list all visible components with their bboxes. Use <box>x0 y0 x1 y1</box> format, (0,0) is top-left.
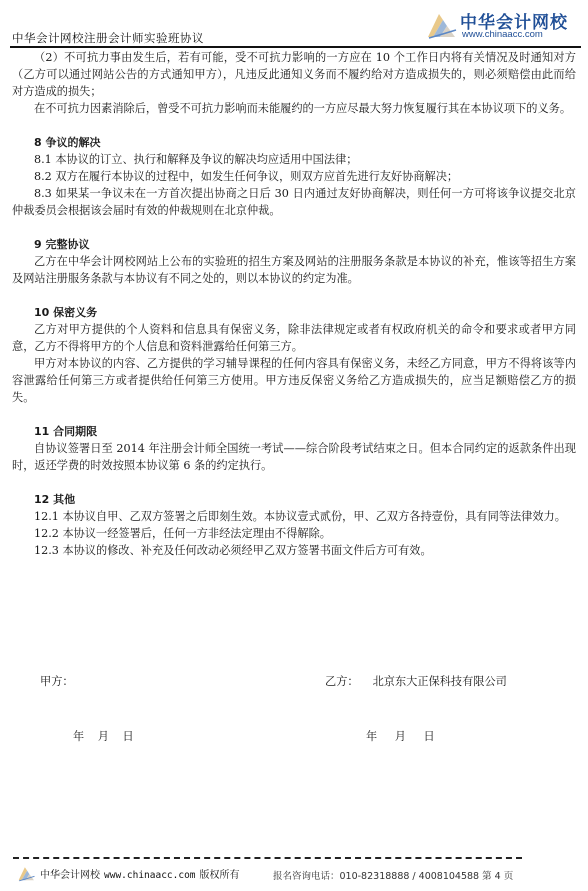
party-b-name: 北京东大正保科技有限公司 <box>373 675 507 688</box>
logo-url-text: www.chinaacc.com <box>462 29 543 40</box>
page-footer: 中华会计网校www.chinaacc.com版权所有 报名咨询电话：010-82… <box>0 862 588 891</box>
party-b-label: 乙方： <box>325 675 359 688</box>
footer-brand: 中华会计网校 <box>40 870 100 881</box>
section-8-title: 8 争议的解决 <box>12 134 576 151</box>
clause-8-3: 8.3 如果某一争议未在一方首次提出协商之日后 30 日内通过友好协商解决，则任… <box>12 185 576 219</box>
clause-8-1: 8.1 本协议的订立、执行和解释及争议的解决均应适用中国法律； <box>12 151 576 168</box>
agreement-body: （2）不可抗力事由发生后，若有可能，受不可抗力影响的一方应在 10 个工作日内将… <box>12 49 576 559</box>
party-a-label: 甲方： <box>40 675 74 688</box>
chinaacc-logo: 中华会计网校 www.chinaacc.com <box>425 8 585 42</box>
clause-12-3: 12.3 本协议的修改、补充及任何改动必须经甲乙双方签署书面文件后方可有效。 <box>12 542 576 559</box>
footer-logo-icon <box>16 865 36 882</box>
section-10-title: 10 保密义务 <box>12 304 576 321</box>
section-10-paragraph-1: 乙方对甲方提供的个人资料和信息具有保密义务，除非法律规定或者有权政府机关的命令和… <box>12 321 576 355</box>
force-majeure-paragraph-1: （2）不可抗力事由发生后，若有可能，受不可抗力影响的一方应在 10 个工作日内将… <box>12 49 576 100</box>
footer-divider <box>13 857 522 859</box>
force-majeure-paragraph-2: 在不可抗力因素消除后，曾受不可抗力影响而未能履约的一方应尽最大努力恢复履行其在本… <box>12 100 576 117</box>
footer-rights: 版权所有 <box>200 870 240 881</box>
header-divider <box>10 46 581 48</box>
clause-12-2: 12.2 本协议一经签署后，任何一方非经法定理由不得解除。 <box>12 525 576 542</box>
section-12-title: 12 其他 <box>12 491 576 508</box>
footer-url: www.chinaacc.com <box>104 870 196 881</box>
section-9-paragraph: 乙方在中华会计网校网站上公布的实验班的招生方案及网站的注册服务条款是本协议的补充… <box>12 253 576 287</box>
document-title: 中华会计网校注册会计师实验班协议 <box>12 30 204 46</box>
signature-block: 甲方： 乙方：北京东大正保科技有限公司 年 月 日 年 月 日 <box>0 673 588 753</box>
clause-12-1: 12.1 本协议自甲、乙双方签署之后即刻生效。本协议壹式贰份，甲、乙双方各持壹份… <box>12 508 576 525</box>
party-b-signature: 乙方：北京东大正保科技有限公司 <box>325 673 507 689</box>
page-header: 中华会计网校注册会计师实验班协议 中华会计网校 www.chinaacc.com <box>0 0 588 48</box>
footer-contact-and-page: 报名咨询电话：010-82318888 / 4008104588 第 4 页 <box>273 868 513 882</box>
party-b-date: 年 月 日 <box>366 728 435 744</box>
section-9-title: 9 完整协议 <box>12 236 576 253</box>
section-11-paragraph: 自协议签署日至 2014 年注册会计师全国统一考试——综合阶段考试结束之日。但本… <box>12 440 576 474</box>
party-a-date: 年 月 日 <box>73 728 134 744</box>
section-10-paragraph-2: 甲方对本协议的内容、乙方提供的学习辅导课程的任何内容具有保密义务，未经乙方同意，… <box>12 355 576 406</box>
clause-8-2: 8.2 双方在履行本协议的过程中，如发生任何争议，则双方应首先进行友好协商解决； <box>12 168 576 185</box>
logo-mark-icon <box>425 10 457 40</box>
party-a-signature: 甲方： <box>40 673 74 689</box>
section-11-title: 11 合同期限 <box>12 423 576 440</box>
footer-copyright: 中华会计网校www.chinaacc.com版权所有 <box>40 866 240 881</box>
